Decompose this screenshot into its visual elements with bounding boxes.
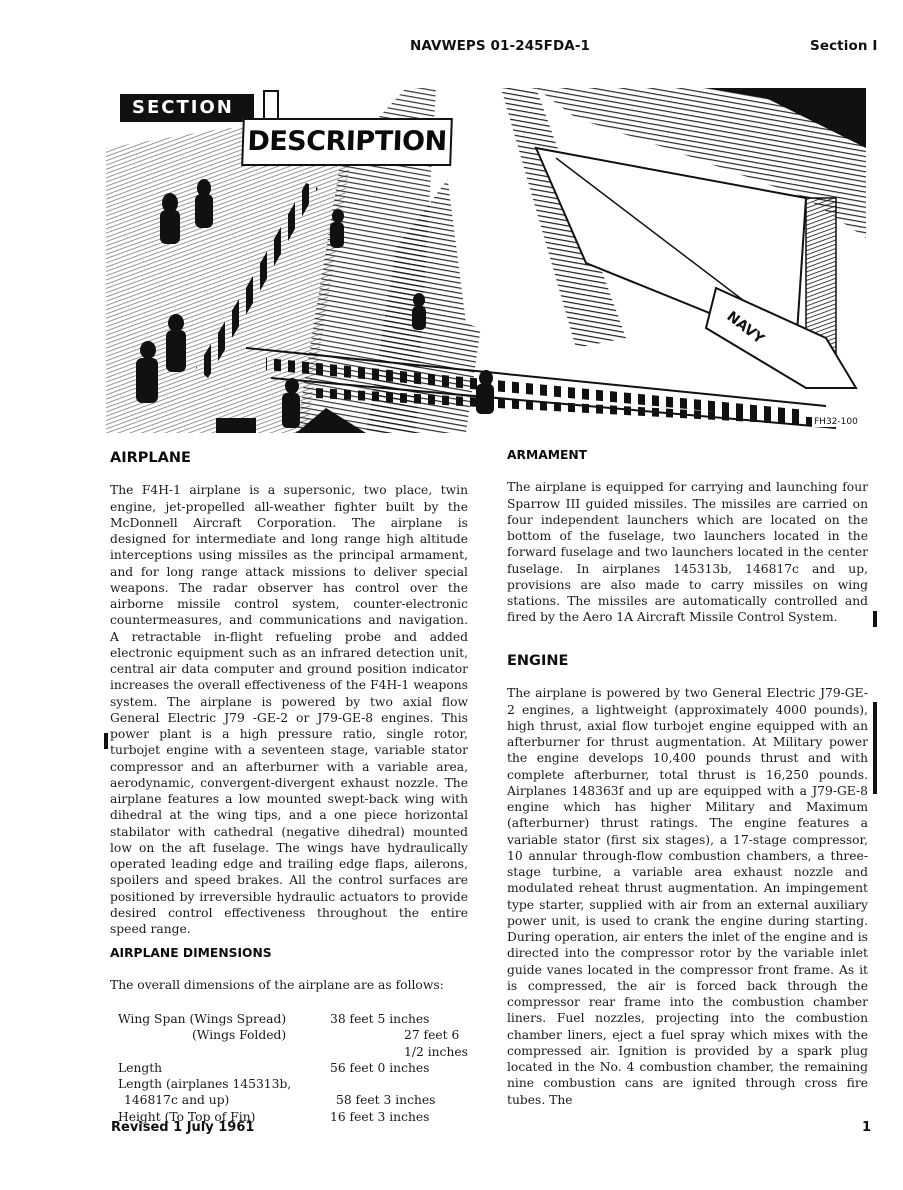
section-label: Section I [810, 38, 877, 54]
table-row: Length (airplanes 145313b, [118, 1076, 478, 1092]
dimensions-heading: AIRPLANE DIMENSIONS [110, 945, 468, 961]
dimensions-section: AIRPLANE DIMENSIONS The overall dimensio… [110, 945, 468, 994]
revision-date: Revised 1 July 1961 [111, 1120, 254, 1135]
dimension-value: 58 feet 3 inches [336, 1092, 478, 1108]
table-row: (Wings Folded) 27 feet 6 1/2 inches [118, 1027, 478, 1060]
airplane-body: The F4H-1 airplane is a supersonic, two … [110, 482, 468, 937]
page-number: 1 [862, 1120, 871, 1135]
publication-number: NAVWEPS 01-245FDA-1 [410, 38, 590, 54]
table-row: Wing Span (Wings Spread) 38 feet 5 inche… [118, 1011, 478, 1027]
description-banner: DESCRIPTION [241, 118, 453, 166]
dimensions-intro: The overall dimensions of the airplane a… [110, 977, 468, 993]
dimension-label: (Wings Folded) [118, 1027, 404, 1060]
figure-id: FH32-100 [812, 417, 860, 427]
dimensions-table: Wing Span (Wings Spread) 38 feet 5 inche… [118, 1011, 478, 1125]
dimension-label: Length (airplanes 145313b, [118, 1076, 330, 1092]
engine-section: ENGINE The airplane is powered by two Ge… [507, 653, 868, 1108]
dimension-value: 38 feet 5 inches [330, 1011, 478, 1027]
armament-heading: ARMAMENT [507, 447, 868, 463]
dimension-value [330, 1076, 478, 1092]
section-title-photo: NAVY SECTION I DESCRIPTION FH32-100 [106, 88, 866, 433]
dimension-label: Length [118, 1060, 330, 1076]
dimension-label: 146817c and up) [118, 1092, 336, 1108]
engine-body: The airplane is powered by two General E… [507, 685, 868, 1108]
table-row: Length 56 feet 0 inches [118, 1060, 478, 1076]
change-bar [873, 702, 877, 794]
change-bar [873, 611, 877, 627]
dimension-value: 27 feet 6 1/2 inches [404, 1027, 478, 1060]
table-row: 146817c and up) 58 feet 3 inches [118, 1092, 478, 1108]
carrier-deck-illustration: NAVY [106, 88, 866, 433]
airplane-section: AIRPLANE The F4H-1 airplane is a superso… [110, 450, 468, 937]
engine-heading: ENGINE [507, 653, 868, 669]
section-banner: SECTION [120, 94, 254, 122]
dimension-value: 16 feet 3 inches [330, 1109, 478, 1125]
armament-body: The airplane is equipped for carrying an… [507, 479, 868, 625]
dimension-label: Wing Span (Wings Spread) [118, 1011, 330, 1027]
dimension-value: 56 feet 0 inches [330, 1060, 478, 1076]
change-bar [104, 733, 108, 749]
airplane-heading: AIRPLANE [110, 450, 468, 466]
armament-section: ARMAMENT The airplane is equipped for ca… [507, 447, 868, 626]
